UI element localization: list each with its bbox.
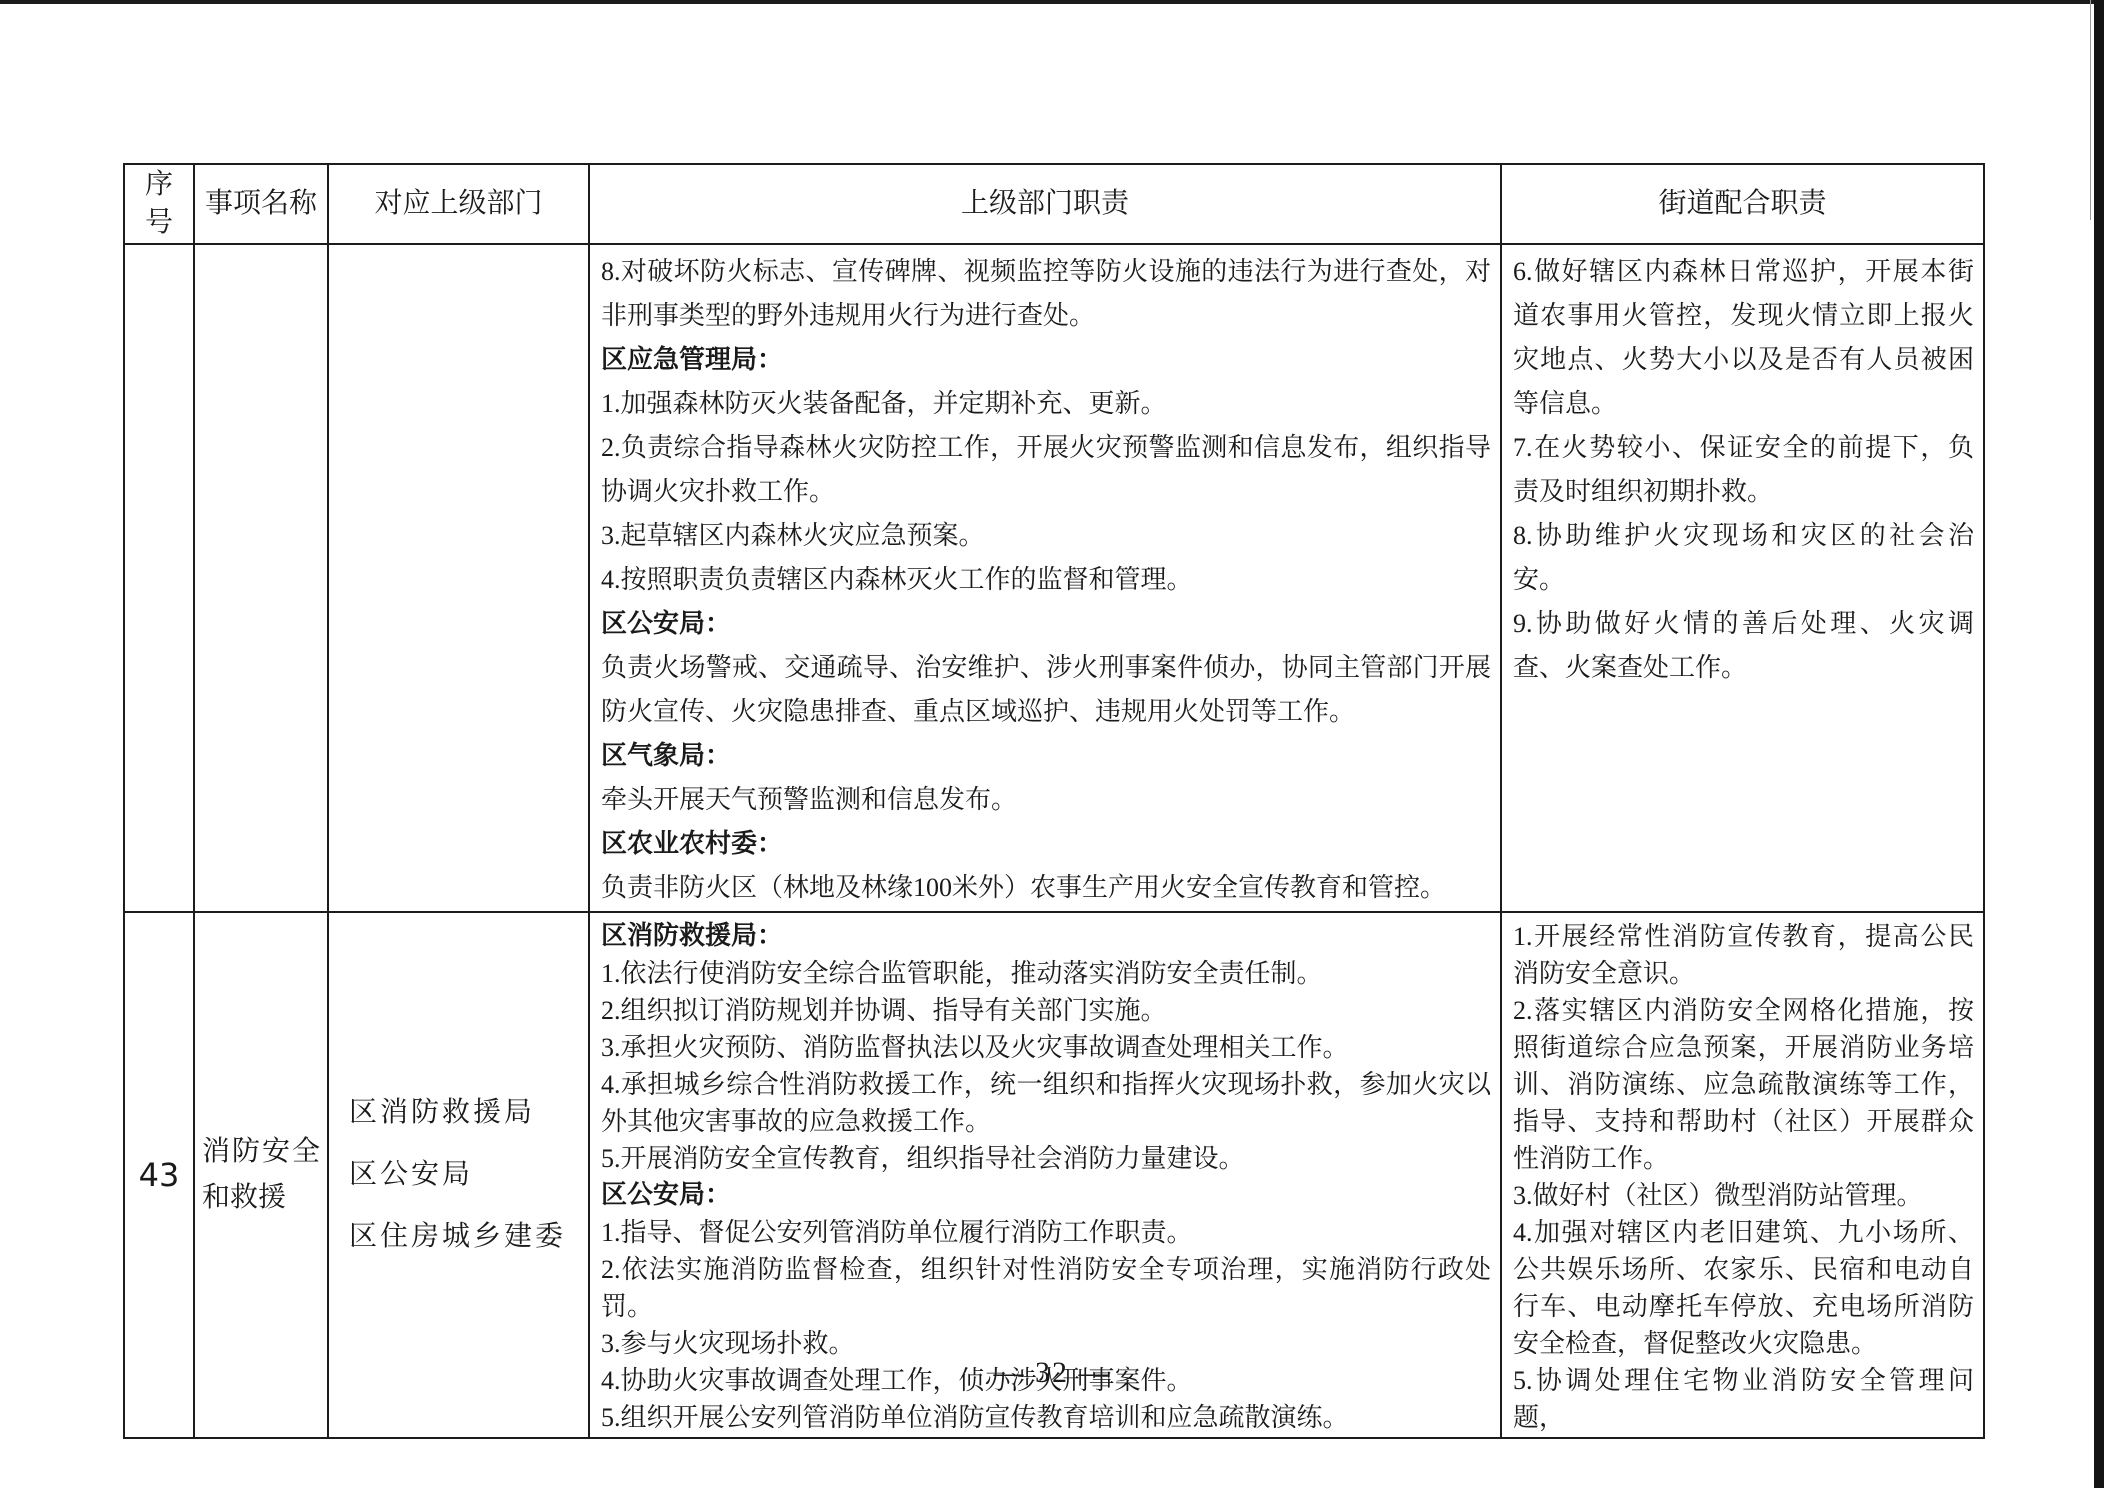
- department-heading: 区消防救援局：: [601, 918, 1491, 955]
- department-name: 区公安局: [349, 1144, 587, 1206]
- table-header-row: 序号 事项名称 对应上级部门 上级部门职责 街道配合职责: [124, 164, 1984, 244]
- duty-paragraph: 5.开展消防安全宣传教育，组织指导社会消防力量建设。: [601, 1140, 1491, 1177]
- duty-paragraph: 牵头开展天气预警监测和信息发布。: [601, 778, 1491, 822]
- duty-paragraph: 9.协助做好火情的善后处理、火灾调查、火案查处工作。: [1513, 602, 1974, 690]
- duty-paragraph: 3.承担火灾预防、消防监督执法以及火灾事故调查处理相关工作。: [601, 1029, 1491, 1066]
- column-header-serial-label: 序号: [142, 166, 176, 242]
- duties-table: 序号 事项名称 对应上级部门 上级部门职责 街道配合职责 8.对破坏防火标志、宣…: [123, 163, 1985, 1439]
- duty-paragraph: 3.做好村（社区）微型消防站管理。: [1513, 1177, 1974, 1214]
- superior-departments-cell: [328, 244, 589, 912]
- duty-paragraph: 4.按照职责负责辖区内森林灭火工作的监督和管理。: [601, 558, 1491, 602]
- department-heading: 区气象局：: [601, 734, 1491, 778]
- duty-paragraph: 负责火场警戒、交通疏导、治安维护、涉火刑事案件侦办，协同主管部门开展防火宣传、火…: [601, 646, 1491, 734]
- column-header-street-duties: 街道配合职责: [1501, 164, 1984, 244]
- item-name-text: 消防安全和救援: [202, 1129, 320, 1221]
- duty-paragraph: 5.组织开展公安列管消防单位消防宣传教育培训和应急疏散演练。: [601, 1399, 1491, 1436]
- duty-paragraph: 4.承担城乡综合性消防救援工作，统一组织和指挥火灾现场扑救，参加火灾以外其他灾害…: [601, 1066, 1491, 1140]
- table-row-continuation: 8.对破坏防火标志、宣传碑牌、视频监控等防火设施的违法行为进行查处，对非刑事类型…: [124, 244, 1984, 912]
- street-duties-cell: 6.做好辖区内森林日常巡护，开展本街道农事用火管控，发现火情立即上报火灾地点、火…: [1501, 244, 1984, 912]
- duty-paragraph: 1.指导、督促公安列管消防单位履行消防工作职责。: [601, 1214, 1491, 1251]
- item-name-cell: [194, 244, 328, 912]
- duty-paragraph: 8.对破坏防火标志、宣传碑牌、视频监控等防火设施的违法行为进行查处，对非刑事类型…: [601, 250, 1491, 338]
- department-heading: 区公安局：: [601, 602, 1491, 646]
- duty-paragraph: 6.做好辖区内森林日常巡护，开展本街道农事用火管控，发现火情立即上报火灾地点、火…: [1513, 250, 1974, 426]
- serial-cell: [124, 244, 194, 912]
- duty-paragraph: 2.依法实施消防监督检查，组织针对性消防安全专项治理，实施消防行政处罚。: [601, 1251, 1491, 1325]
- duty-paragraph: 2.组织拟订消防规划并协调、指导有关部门实施。: [601, 992, 1491, 1029]
- scan-edge-mark-right: [2094, 0, 2104, 1488]
- column-header-superior-duties: 上级部门职责: [589, 164, 1501, 244]
- duty-paragraph: 1.依法行使消防安全综合监管职能，推动落实消防安全责任制。: [601, 955, 1491, 992]
- scan-edge-mark-top: [0, 0, 2104, 4]
- duty-paragraph: 2.负责综合指导森林火灾防控工作，开展火灾预警监测和信息发布，组织指导协调火灾扑…: [601, 426, 1491, 514]
- superior-duties-list: 8.对破坏防火标志、宣传碑牌、视频监控等防火设施的违法行为进行查处，对非刑事类型…: [591, 246, 1499, 910]
- duty-paragraph: 7.在火势较小、保证安全的前提下，负责及时组织初期扑救。: [1513, 426, 1974, 514]
- duty-paragraph: 8.协助维护火灾现场和灾区的社会治安。: [1513, 514, 1974, 602]
- department-heading: 区公安局：: [601, 1177, 1491, 1214]
- department-heading: 区农业农村委：: [601, 822, 1491, 866]
- duty-paragraph: 3.起草辖区内森林火灾应急预案。: [601, 514, 1491, 558]
- column-header-serial: 序号: [124, 164, 194, 244]
- column-header-item-name: 事项名称: [194, 164, 328, 244]
- scan-edge-line: [2090, 0, 2091, 220]
- duty-paragraph: 负责非防火区（林地及林缘100米外）农事生产用火安全宣传教育和管控。: [601, 866, 1491, 910]
- department-name: 区住房城乡建委: [349, 1206, 587, 1268]
- duty-paragraph: 2.落实辖区内消防安全网格化措施，按照街道综合应急预案，开展消防业务培训、消防演…: [1513, 992, 1974, 1177]
- page-number: — 32 —: [0, 1356, 2104, 1390]
- duty-paragraph: 4.加强对辖区内老旧建筑、九小场所、公共娱乐场所、农家乐、民宿和电动自行车、电动…: [1513, 1214, 1974, 1362]
- street-duties-list: 6.做好辖区内森林日常巡护，开展本街道农事用火管控，发现火情立即上报火灾地点、火…: [1503, 246, 1982, 690]
- column-header-superior-department: 对应上级部门: [328, 164, 589, 244]
- duty-paragraph: 1.加强森林防灭火装备配备，并定期补充、更新。: [601, 382, 1491, 426]
- department-heading: 区应急管理局：: [601, 338, 1491, 382]
- duty-paragraph: 1.开展经常性消防宣传教育，提高公民消防安全意识。: [1513, 918, 1974, 992]
- department-name: 区消防救援局: [349, 1082, 587, 1144]
- superior-duties-cell: 8.对破坏防火标志、宣传碑牌、视频监控等防火设施的违法行为进行查处，对非刑事类型…: [589, 244, 1501, 912]
- document-page: { "colors": { "border": "#1c1c1c", "text…: [0, 0, 2104, 1488]
